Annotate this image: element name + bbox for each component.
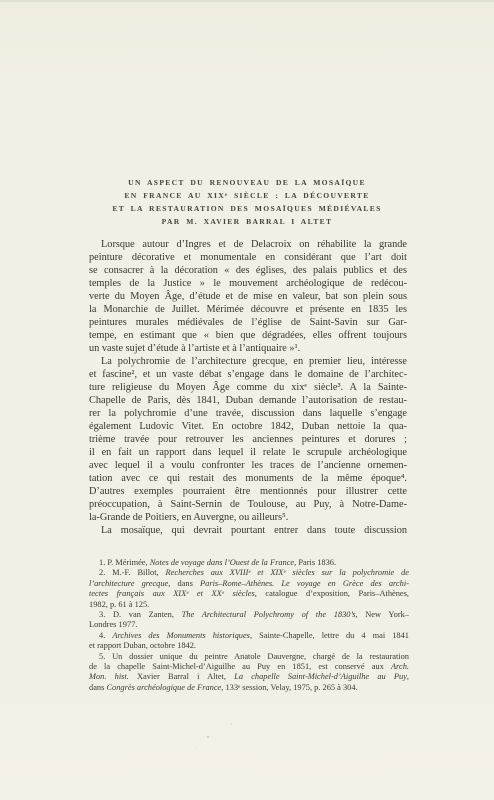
footnote-italic-text: Congrès archéologique de France: [106, 683, 221, 692]
footnote-italic-text: Recherches aux XVIIIᵉ et XIXᵉ siècles su…: [166, 568, 409, 577]
footnote-text: 1982, p. 61 à 125.: [89, 600, 149, 609]
footnote-italic-text: Notes de voyage dans l’Ouest de la Franc…: [150, 558, 294, 567]
title-line-1: UN ASPECT DU RENOUVEAU DE LA MOSAÏQUE: [60, 176, 434, 189]
footnote-5-line: de la chapelle Saint-Michel-d’Aiguilhe a…: [89, 662, 409, 672]
body-line: Chapelle de Paris, dès 1841, Duban deman…: [89, 394, 407, 407]
scan-speck: [231, 723, 232, 725]
body-line: préoccupation, à Saint-Sernin de Toulous…: [89, 498, 407, 511]
body-line: avec lequel il a voulu confronter les tr…: [89, 459, 407, 472]
scan-speck: [207, 736, 209, 738]
body-line: La mosaïque, qui devrait pourtant entrer…: [89, 524, 407, 537]
footnote-text: Londres 1977.: [89, 620, 137, 629]
body-line: ture religieuse du Moyen Âge comme du xi…: [89, 381, 407, 394]
footnote-text: 2. M.-F. Billot,: [99, 568, 166, 577]
footnote-text: 4.: [99, 631, 112, 640]
body-line: et fascine², et un vaste débat s’engage …: [89, 368, 407, 381]
body-line: tempe, en estimant que « bien que dégrad…: [89, 329, 407, 342]
body-line: verte du Moyen Âge, d’étude et de mise e…: [89, 290, 407, 303]
footnote-2-line: 2. M.-F. Billot, Recherches aux XVIIIᵉ e…: [89, 568, 409, 578]
body-line: peinture décorative et monumentale en co…: [89, 251, 407, 264]
footnote-text: dans: [89, 683, 106, 692]
body-line: la Monarchie de Juillet. Mérimée découvr…: [89, 303, 407, 316]
footnote-text: 5. Un dossier unique du peintre Anatole …: [99, 652, 409, 661]
footnote-text: , Paris 1836.: [294, 558, 336, 567]
footnote-text: ,: [407, 672, 409, 681]
body-line: tation avec ce qui restait des monuments…: [89, 472, 407, 485]
body-line: La polychromie de l’architecture grecque…: [89, 355, 407, 368]
footnote-text: 1. P. Mérimée,: [99, 558, 150, 567]
footnote-3-line: Londres 1977.: [89, 620, 409, 630]
body-line: trième travée pour retrouver les ancienn…: [89, 433, 407, 446]
footnote-italic-text: Archives des Monuments historiques: [112, 631, 250, 640]
footnote-text: Xavier Barral i Altet,: [129, 672, 234, 681]
footnote-text: de la chapelle Saint-Michel-d’Aiguilhe a…: [89, 662, 391, 671]
footnote-4-line: et rapport Duban, octobre 1842.: [89, 641, 409, 651]
footnote-1-line: 1. P. Mérimée, Notes de voyage dans l’Ou…: [89, 558, 409, 568]
footnote-2-line: 1982, p. 61 à 125.: [89, 600, 409, 610]
body-line: il en fait un rapport dans lequel il rel…: [89, 446, 407, 459]
footnote-italic-text: La chapelle Saint-Michel-d’Aiguilhe au P…: [234, 672, 407, 681]
article-body: Lorsque autour d’Ingres et de Delacroix …: [89, 238, 407, 537]
scanned-page: UN ASPECT DU RENOUVEAU DE LA MOSAÏQUEEN …: [0, 0, 494, 800]
paragraph-3: La mosaïque, qui devrait pourtant entrer…: [89, 524, 407, 537]
footnote-5-line: Mon. hist. Xavier Barral i Altet, La cha…: [89, 672, 409, 682]
footnote-text: , Sainte-Chapelle, lettre du 4 mai 1841: [250, 631, 409, 640]
footnote-italic-text: l’architecture grecque: [89, 579, 168, 588]
footnote-4-line: 4. Archives des Monuments historiques, S…: [89, 631, 409, 641]
footnote-text: , New York–: [355, 610, 409, 619]
footnote-italic-text: The Architectural Polychromy of the 1830…: [182, 610, 356, 619]
footnote-5-line: dans Congrès archéologique de France, 13…: [89, 683, 409, 693]
footnote-italic-text: Mon. hist.: [89, 672, 129, 681]
body-line: rer la polychromie d’une travée, discuss…: [89, 407, 407, 420]
body-line: Lorsque autour d’Ingres et de Delacroix …: [89, 238, 407, 251]
paragraph-1: Lorsque autour d’Ingres et de Delacroix …: [89, 238, 407, 355]
body-line: un vaste sujet d’étude à l’artiste et à …: [89, 342, 407, 355]
scan-speck: [196, 747, 197, 748]
footnote-2-line: tectes français aux XIXᵉ et XXᵉ siècles,…: [89, 589, 409, 599]
article-footnotes: 1. P. Mérimée, Notes de voyage dans l’Ou…: [89, 558, 409, 693]
footnote-text: , catalogue d’exposition, Paris–Athènes,: [255, 589, 409, 598]
footnote-5-line: 5. Un dossier unique du peintre Anatole …: [89, 652, 409, 662]
footnote-italic-text: tectes français aux XIXᵉ et XXᵉ siècles: [89, 589, 255, 598]
body-line: également Ludovic Vitet. En octobre 1842…: [89, 420, 407, 433]
footnote-text: , 133ᵉ session, Velay, 1975, p. 265 à 30…: [221, 683, 357, 692]
article-title: UN ASPECT DU RENOUVEAU DE LA MOSAÏQUEEN …: [60, 176, 434, 228]
paragraph-2: La polychromie de l’architecture grecque…: [89, 355, 407, 524]
footnote-italic-text: Paris–Rome–Athènes. Le voyage en Grèce d…: [200, 579, 409, 588]
title-line-2: EN FRANCE AU XIXᵉ SIÈCLE : LA DÉCOUVERTE: [60, 189, 434, 202]
body-line: D’autres exemples pourraient être mentio…: [89, 485, 407, 498]
title-line-4: PAR M. XAVIER BARRAL I ALTET: [60, 215, 434, 228]
footnote-text: et rapport Duban, octobre 1842.: [89, 641, 196, 650]
body-line: se consacrer à la décoration « des églis…: [89, 264, 407, 277]
body-line: la-Grande de Poitiers, en Auvergne, ou a…: [89, 511, 407, 524]
body-line: temples de la Justice » le mouvement arc…: [89, 277, 407, 290]
title-line-3: ET LA RESTAURATION DES MOSAÏQUES MÉDIÉVA…: [60, 202, 434, 215]
footnote-text: 3. D. van Zanten,: [99, 610, 182, 619]
footnote-text: , dans: [168, 579, 200, 588]
footnote-2-line: l’architecture grecque, dans Paris–Rome–…: [89, 579, 409, 589]
footnote-italic-text: Arch.: [391, 662, 409, 671]
footnote-3-line: 3. D. van Zanten, The Architectural Poly…: [89, 610, 409, 620]
body-line: peintures murales médiévales de l’église…: [89, 316, 407, 329]
